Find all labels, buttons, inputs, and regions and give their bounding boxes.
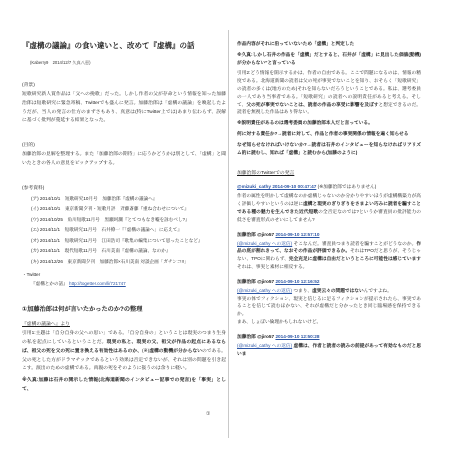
text-run: まあ、しょぼい倫理かもしれないけど。 xyxy=(237,319,321,324)
text-run: 事実の体でフィクション、現実と信じるに足るフィクションが提示されたら、事実である… xyxy=(237,296,421,317)
tweet-timestamp-link[interactable]: 2014-09-10 12:57:10 xyxy=(275,232,319,237)
reference-item: (オ) 2014/11/1 短歌研究11月号 江田浩司『歌集の編集について思った… xyxy=(22,236,226,247)
text-run: つまり、 xyxy=(292,288,312,293)
tweet-author-name: 加藤治郎 xyxy=(237,279,257,284)
tweet-timestamp-link[interactable]: 2014-09-10 00:47:47 xyxy=(272,184,316,189)
document-title: 『虚構の議論』の食い違いと、改めて『虚構』の話 xyxy=(22,40,226,51)
reference-item: (エ) 2014/11/1 短歌研究11月号 石井僚一『「虚構の議論へ」に応えて… xyxy=(22,225,226,236)
tweet-header: 加藤治郎 @jiro57 2014-09-10 12:57:10 xyxy=(237,231,421,239)
tweet-timestamp-link[interactable]: 2014-09-10 12:50:28 xyxy=(275,334,319,339)
tweets-section-heading: 加藤治郎のTwitterでの発言 xyxy=(237,169,421,176)
tweet-author-link[interactable]: @mizuki_cathy xyxy=(237,184,272,189)
tweet-timestamp-link[interactable]: 2014-09-10 12:16:52 xyxy=(275,279,319,284)
reply-mention-link[interactable]: (@mizuki_cathy への返信) xyxy=(237,241,292,246)
background-paragraph: 短歌研究新人賞作品は「父への挽歌」だった。しかし作者の父が存命という情報を知った… xyxy=(22,91,226,126)
tweet-header: 加藤治郎 @jiro57 2014-09-10 12:16:52 xyxy=(237,278,421,286)
tweet-body: (@mizuki_cathy への返信) 虚構は、作者と読者の読みの前提があって… xyxy=(237,342,421,358)
quote1-paragraph: 引用1:主題は「自分自身の父への思い」である。「自分自身の」ということは現実のつ… xyxy=(22,330,226,374)
reference-item: (ウ) 2014/10/25 角川短歌11月号 黒瀬珂瀾『とてつもなき嘘を詠むべ… xyxy=(22,215,226,226)
tweet-author-note: (※加藤治郎ではありません) xyxy=(316,184,376,189)
accountability-note: ※説明責任があるのは選考委員の加藤治郎本人だと言っている。 xyxy=(237,119,421,127)
togetter-title: 『虚構とかの話』 xyxy=(31,281,68,286)
tweet-header: 加藤治郎 @jiro57 2014-09-10 12:50:28 xyxy=(237,333,421,341)
section1-heading: ①加藤治郎は何が言いたかったのか?の整理 xyxy=(22,304,226,313)
reply-mention-link[interactable]: (@mizuki_cathy への返信) xyxy=(237,288,292,293)
reference-item: (ア) 2014/10/1 短歌研究10月号 加藤治郎『虚構の議論へ』 xyxy=(22,194,226,205)
togetter-url-link[interactable]: http://togetter.com/li/721747 xyxy=(69,281,126,286)
right-page-column: 作品内容がそれに沿っていないため「虚構」と判定した ※久真:しかし石井の作品を「… xyxy=(237,40,421,357)
text-run: 虚実云々の問題ではない xyxy=(312,288,364,293)
text-run: 虚構の動機が分からない xyxy=(149,349,202,354)
tweet-body: (@mizuki_cathy への返信) そこなんだ。審査員つまり読者を騙すこと… xyxy=(237,240,421,271)
togetter-line: 『虚構とかの話』 http://togetter.com/li/721747 xyxy=(22,279,226,288)
column-divider-line xyxy=(228,30,229,438)
tweet-body: (@mizuki_cathy への返信) つまり、虚実云々の問題ではないんですよ… xyxy=(237,287,421,326)
reply-mention-link[interactable]: (@mizuki_cathy への返信) xyxy=(237,343,292,348)
quote2-paragraph: 引用2:どう情報を開示するかは、作者の自由である。ここで問題になるのは、情報の精… xyxy=(237,69,421,116)
background-heading: (背景) xyxy=(22,81,226,88)
tweet-author-handle: @jiro57 xyxy=(257,232,275,237)
purpose-paragraph: 加藤治郎の見解を整理する。また「加藤治郎の期待」に応うかどうかは別として、「虚構… xyxy=(22,151,226,169)
tweet-author-handle: @jiro57 xyxy=(257,279,275,284)
tweet: 加藤治郎 @jiro57 2014-09-10 12:57:10 (@mizuk… xyxy=(237,231,421,271)
tweet: 加藤治郎 @jiro57 2014-09-10 12:16:52 (@mizuk… xyxy=(237,278,421,326)
references-heading: (参考資料) xyxy=(22,184,226,191)
quote1-source-heading: 『虚構の議論へ』より xyxy=(22,320,226,327)
tweet: @mizuki_cathy 2014-09-10 00:47:47 (※加藤治郎… xyxy=(237,183,421,223)
tweet-author-handle: @jiro57 xyxy=(257,334,275,339)
text-run: そこなんだ。審査員つまり読者を騙すことがどうなのか。 xyxy=(292,241,416,246)
byline: (Kaberry9 2014/12/7 久真八恵) xyxy=(30,60,226,66)
kuma-note-continuation: 作品内容がそれに沿っていないため「虚構」と判定した xyxy=(237,40,421,48)
tweet-author-name: 加藤治郎 xyxy=(237,232,257,237)
kuma-note-paragraph: ※久真:加藤は石井の開示した情報(北海道新聞のインタビュー記事での発言)を「事実… xyxy=(22,377,226,395)
tweet-header: @mizuki_cathy 2014-09-10 00:47:47 (※加藤治郎… xyxy=(237,183,421,191)
text-run: それは、事実と素材に相反する。 xyxy=(237,264,307,269)
left-page-column: 『虚構の議論』の食い違いと、改めて『虚構』の話 (Kaberry9 2014/1… xyxy=(22,40,226,395)
reference-item: (カ) 2014/11/1 現代短歌11月号 石川美南『虚構の議論、なのか』 xyxy=(22,246,226,257)
page-number: ① xyxy=(206,411,210,417)
qa-line-2: なぜ知らせなければいけないか?→読者は石井のインタビューを知らなければリアリズム… xyxy=(237,141,421,157)
twitter-source-label: ・Twitter xyxy=(22,270,226,279)
tweet: 加藤治郎 @jiro57 2014-09-10 12:50:28 (@mizuk… xyxy=(237,333,421,358)
text-run: 父の死が事実でないことは、読者の作品の享受に影響を及ぼす xyxy=(246,102,378,107)
document-page: 『虚構の議論』の食い違いと、改めて『虚構』の話 (Kaberry9 2014/1… xyxy=(0,0,452,452)
text-run: 完全充足に虚構は自由だというところに可能性は感じています xyxy=(289,256,421,261)
kuma-note2-paragraph: ※久真:しかし石井の作品を「虚構」だとすると、石井が「虚構」に見出した価値(動機… xyxy=(237,51,421,67)
tweet-author-name: 加藤治郎 xyxy=(237,334,257,339)
text-run: んですよね。 xyxy=(364,288,392,293)
reference-item: (イ) 2014/10/1 東京新聞夕刊・短歌月評 斉藤斎藤『重ね合わせについて… xyxy=(22,204,226,215)
purpose-heading: (目的) xyxy=(22,141,226,148)
reference-item: (キ) 2014/12/26 東京新聞夕刊 加藤治郎×石川美南 対談企画「ガチン… xyxy=(22,257,226,268)
references-list: (ア) 2014/10/1 短歌研究10月号 加藤治郎『虚構の議論へ』 (イ) … xyxy=(22,194,226,268)
tweet-body: 作者の属性を明かして虚構なのか虚構じゃないのか分かりやすいほうが虚構構築力が高く… xyxy=(237,192,421,223)
qa-line-1: 何に対する責任か?→読者に対して、作品と作者の事実関係の情報を遍く知らせる xyxy=(237,130,421,138)
